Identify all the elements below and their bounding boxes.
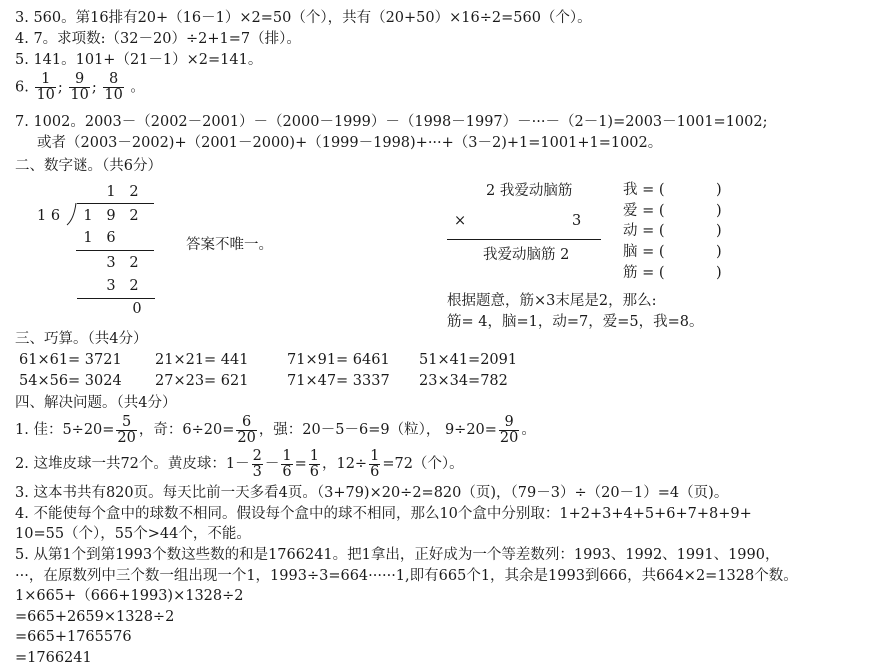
calc-cell: 27×23= 621 [155, 372, 249, 390]
answer-q3: 3. 560。第16排有20+（16－1）×2=50（个），共有（20+50）×… [15, 9, 592, 27]
section4-heading: 四、解决问题。（共4分） [15, 394, 176, 412]
answer-q5: 5. 141。101+（21－1）×2=141。 [15, 51, 262, 69]
problem-3: 3. 这本书共有820页。每天比前一天多看4页。（3+79)×20÷2=820（… [15, 484, 728, 502]
answer-q7-line2: 或者（2003－2002)+（2001－2000)+（1999－1998)+··… [37, 134, 662, 152]
calc-cell: 61×61= 3721 [19, 351, 122, 369]
answer-q7-line1: 7. 1002。2003－（2002－2001）－（2000－1999）－（19… [15, 113, 767, 131]
calc-cell: 51×41=2091 [419, 351, 517, 369]
problem-1: 1. 佳：5÷20=520，奇：6÷20=620，强：20－5－6=9（粒）， … [15, 414, 536, 446]
fraction-1-10: 110 [35, 72, 55, 103]
problem-2: 2. 这堆皮球一共72个。黄皮球：1－23－16=16，12÷16=72（个）。 [15, 448, 464, 480]
note-not-unique: 答案不唯一。 [186, 236, 273, 254]
problem-4-line2: 10=55（个），55个>44个，不能。 [15, 525, 251, 543]
fraction-8-10: 810 [103, 72, 123, 103]
q6-prefix: 6. [15, 80, 29, 96]
calc-step-1: 1×665+（666+1993)×1328÷2 [15, 587, 244, 605]
answer-q4: 4. 7。求项数:（32－20）÷2+1=7（排）。 [15, 30, 301, 48]
calc-cell: 21×21= 441 [155, 351, 249, 369]
problem-5-line2: ···，在原数列中三个数一组出现一个1，1993÷3=664······1,即有… [15, 567, 798, 585]
explanation-line2: 筋= 4，脑=1，动=7，爱=5，我=8。 [447, 313, 703, 331]
calc-cell: 54×56= 3024 [19, 372, 122, 390]
calc-step-3: =665+1765576 [15, 628, 132, 646]
calc-cell: 71×91= 6461 [287, 351, 390, 369]
section2-heading: 二、数字谜。（共6分） [15, 157, 162, 175]
section3-heading: 三、巧算。（共4分） [15, 330, 147, 348]
problem-4-line1: 4. 不能使每个盒中的球数不相同。假设每个盒中的球不相同，那么10个盒中分别取：… [15, 505, 752, 523]
times-sign: × [454, 212, 466, 230]
explanation-line1: 根据题意，筋×3末尾是2，那么: [447, 292, 656, 310]
problem-5-line1: 5. 从第1个到第1993个数这些数的和是1766241。把1拿出，正好成为一个… [15, 546, 779, 564]
division-bracket [66, 203, 78, 227]
calc-step-2: =665+2659×1328÷2 [15, 608, 174, 626]
calc-cell: 23×34=782 [419, 372, 508, 390]
divisor: 1 6 [37, 207, 60, 225]
calc-cell: 71×47= 3337 [287, 372, 390, 390]
fraction-9-10: 910 [69, 72, 89, 103]
answer-q6: 6. 110; 910; 810 。 [15, 72, 145, 103]
calc-step-4: =1766241 [15, 649, 92, 667]
